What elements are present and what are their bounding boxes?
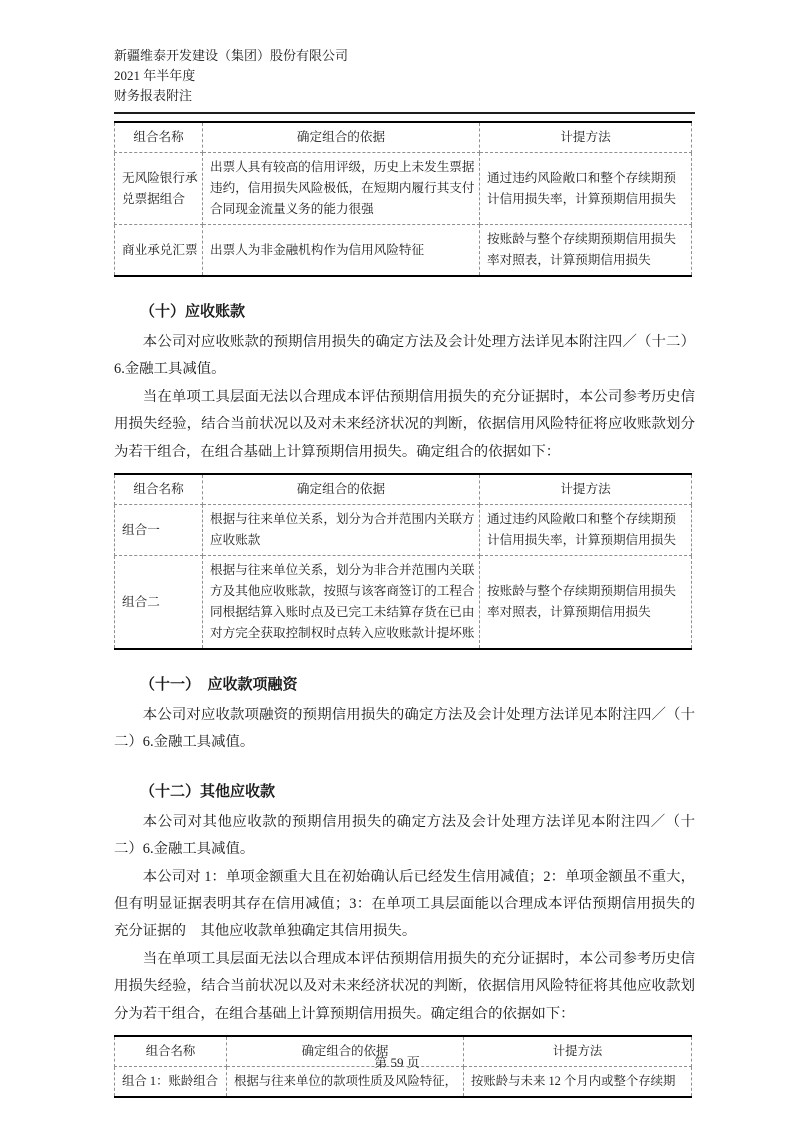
bill-portfolio-table: 组合名称 确定组合的依据 计提方法 无风险银行承兑票据组合 出票人具有较高的信用…: [114, 121, 692, 277]
cell-basis: 出票人具有较高的信用评级，历史上未发生票据违约，信用损失风险极低，在短期内履行其…: [203, 153, 480, 225]
cell-method: 按账龄与整个存续期预期信用损失率对照表，计算预期信用损失: [480, 556, 692, 650]
paragraph: 本公司对应收账款的预期信用损失的确定方法及会计处理方法详见本附注四／（十二）6.…: [114, 329, 695, 384]
column-header-method: 计提方法: [480, 122, 692, 153]
column-header-basis: 确定组合的依据: [203, 122, 480, 153]
section-heading-accounts-receivable: （十）应收账款: [140, 302, 695, 322]
paragraph: 本公司对 1：单项金额重大且在初始确认后已经发生信用减值；2：单项金额虽不重大，…: [114, 864, 695, 946]
document-title: 财务报表附注: [114, 86, 695, 106]
paragraph: 当在单项工具层面无法以合理成本评估预期信用损失的充分证据时，本公司参考历史信用损…: [114, 946, 695, 1028]
table-header-row: 组合名称 确定组合的依据 计提方法: [115, 474, 692, 505]
table-row: 组合二 根据与往来单位关系，划分为非合并范围内关联方及其他应收账款，按照与该客商…: [115, 556, 692, 650]
section-heading-other-receivables: （十二）其他应收款: [140, 782, 695, 802]
cell-portfolio-name: 组合一: [115, 505, 203, 556]
cell-method: 通过违约风险敞口和整个存续期预计信用损失率，计算预期信用损失: [480, 505, 692, 556]
cell-portfolio-name: 商业承兑汇票: [115, 225, 203, 277]
accounts-receivable-portfolio-table: 组合名称 确定组合的依据 计提方法 组合一 根据与往来单位关系，划分为合并范围内…: [114, 473, 692, 650]
table-row: 组合 1：账龄组合 根据与往来单位的款项性质及风险特征， 按账龄与未来 12 个…: [115, 1067, 692, 1098]
cell-portfolio-name: 组合 1：账龄组合: [115, 1067, 227, 1098]
company-name: 新疆维泰开发建设（集团）股份有限公司: [114, 46, 695, 66]
paragraph: 本公司对其他应收款的预期信用损失的确定方法及会计处理方法详见本附注四／（十二）6…: [114, 809, 695, 864]
report-period: 2021 年半年度: [114, 66, 695, 86]
paragraph: 当在单项工具层面无法以合理成本评估预期信用损失的充分证据时，本公司参考历史信用损…: [114, 384, 695, 466]
table-row: 商业承兑汇票 出票人为非金融机构作为信用风险特征 按账龄与整个存续期预期信用损失…: [115, 225, 692, 277]
cell-basis: 根据与往来单位的款项性质及风险特征，: [227, 1067, 464, 1098]
cell-method: 通过违约风险敞口和整个存续期预计信用损失率，计算预期信用损失: [480, 153, 692, 225]
cell-basis: 根据与往来单位关系，划分为非合并范围内关联方及其他应收账款，按照与该客商签订的工…: [203, 556, 480, 650]
cell-basis: 根据与往来单位关系，划分为合并范围内关联方应收账款: [203, 505, 480, 556]
paragraph: 本公司对应收款项融资的预期信用损失的确定方法及会计处理方法详见本附注四／（十二）…: [114, 702, 695, 757]
table-row: 无风险银行承兑票据组合 出票人具有较高的信用评级，历史上未发生票据违约，信用损失…: [115, 153, 692, 225]
header-divider: [114, 112, 695, 114]
column-header-method: 计提方法: [480, 474, 692, 505]
document-page: 新疆维泰开发建设（集团）股份有限公司 2021 年半年度 财务报表附注 组合名称…: [0, 0, 794, 1123]
table-row: 组合一 根据与往来单位关系，划分为合并范围内关联方应收账款 通过违约风险敞口和整…: [115, 505, 692, 556]
cell-portfolio-name: 组合二: [115, 556, 203, 650]
cell-basis: 出票人为非金融机构作为信用风险特征: [203, 225, 480, 277]
cell-portfolio-name: 无风险银行承兑票据组合: [115, 153, 203, 225]
cell-method: 按账龄与未来 12 个月内或整个存续期: [464, 1067, 692, 1098]
column-header-basis: 确定组合的依据: [203, 474, 480, 505]
table-header-row: 组合名称 确定组合的依据 计提方法: [115, 122, 692, 153]
column-header-portfolio-name: 组合名称: [115, 122, 203, 153]
column-header-portfolio-name: 组合名称: [115, 474, 203, 505]
section-heading-receivables-financing: （十一） 应收款项融资: [140, 675, 695, 695]
page-number: 第 59 页: [0, 1052, 794, 1071]
cell-method: 按账龄与整个存续期预期信用损失率对照表，计算预期信用损失: [480, 225, 692, 277]
document-header: 新疆维泰开发建设（集团）股份有限公司 2021 年半年度 财务报表附注: [114, 46, 695, 106]
